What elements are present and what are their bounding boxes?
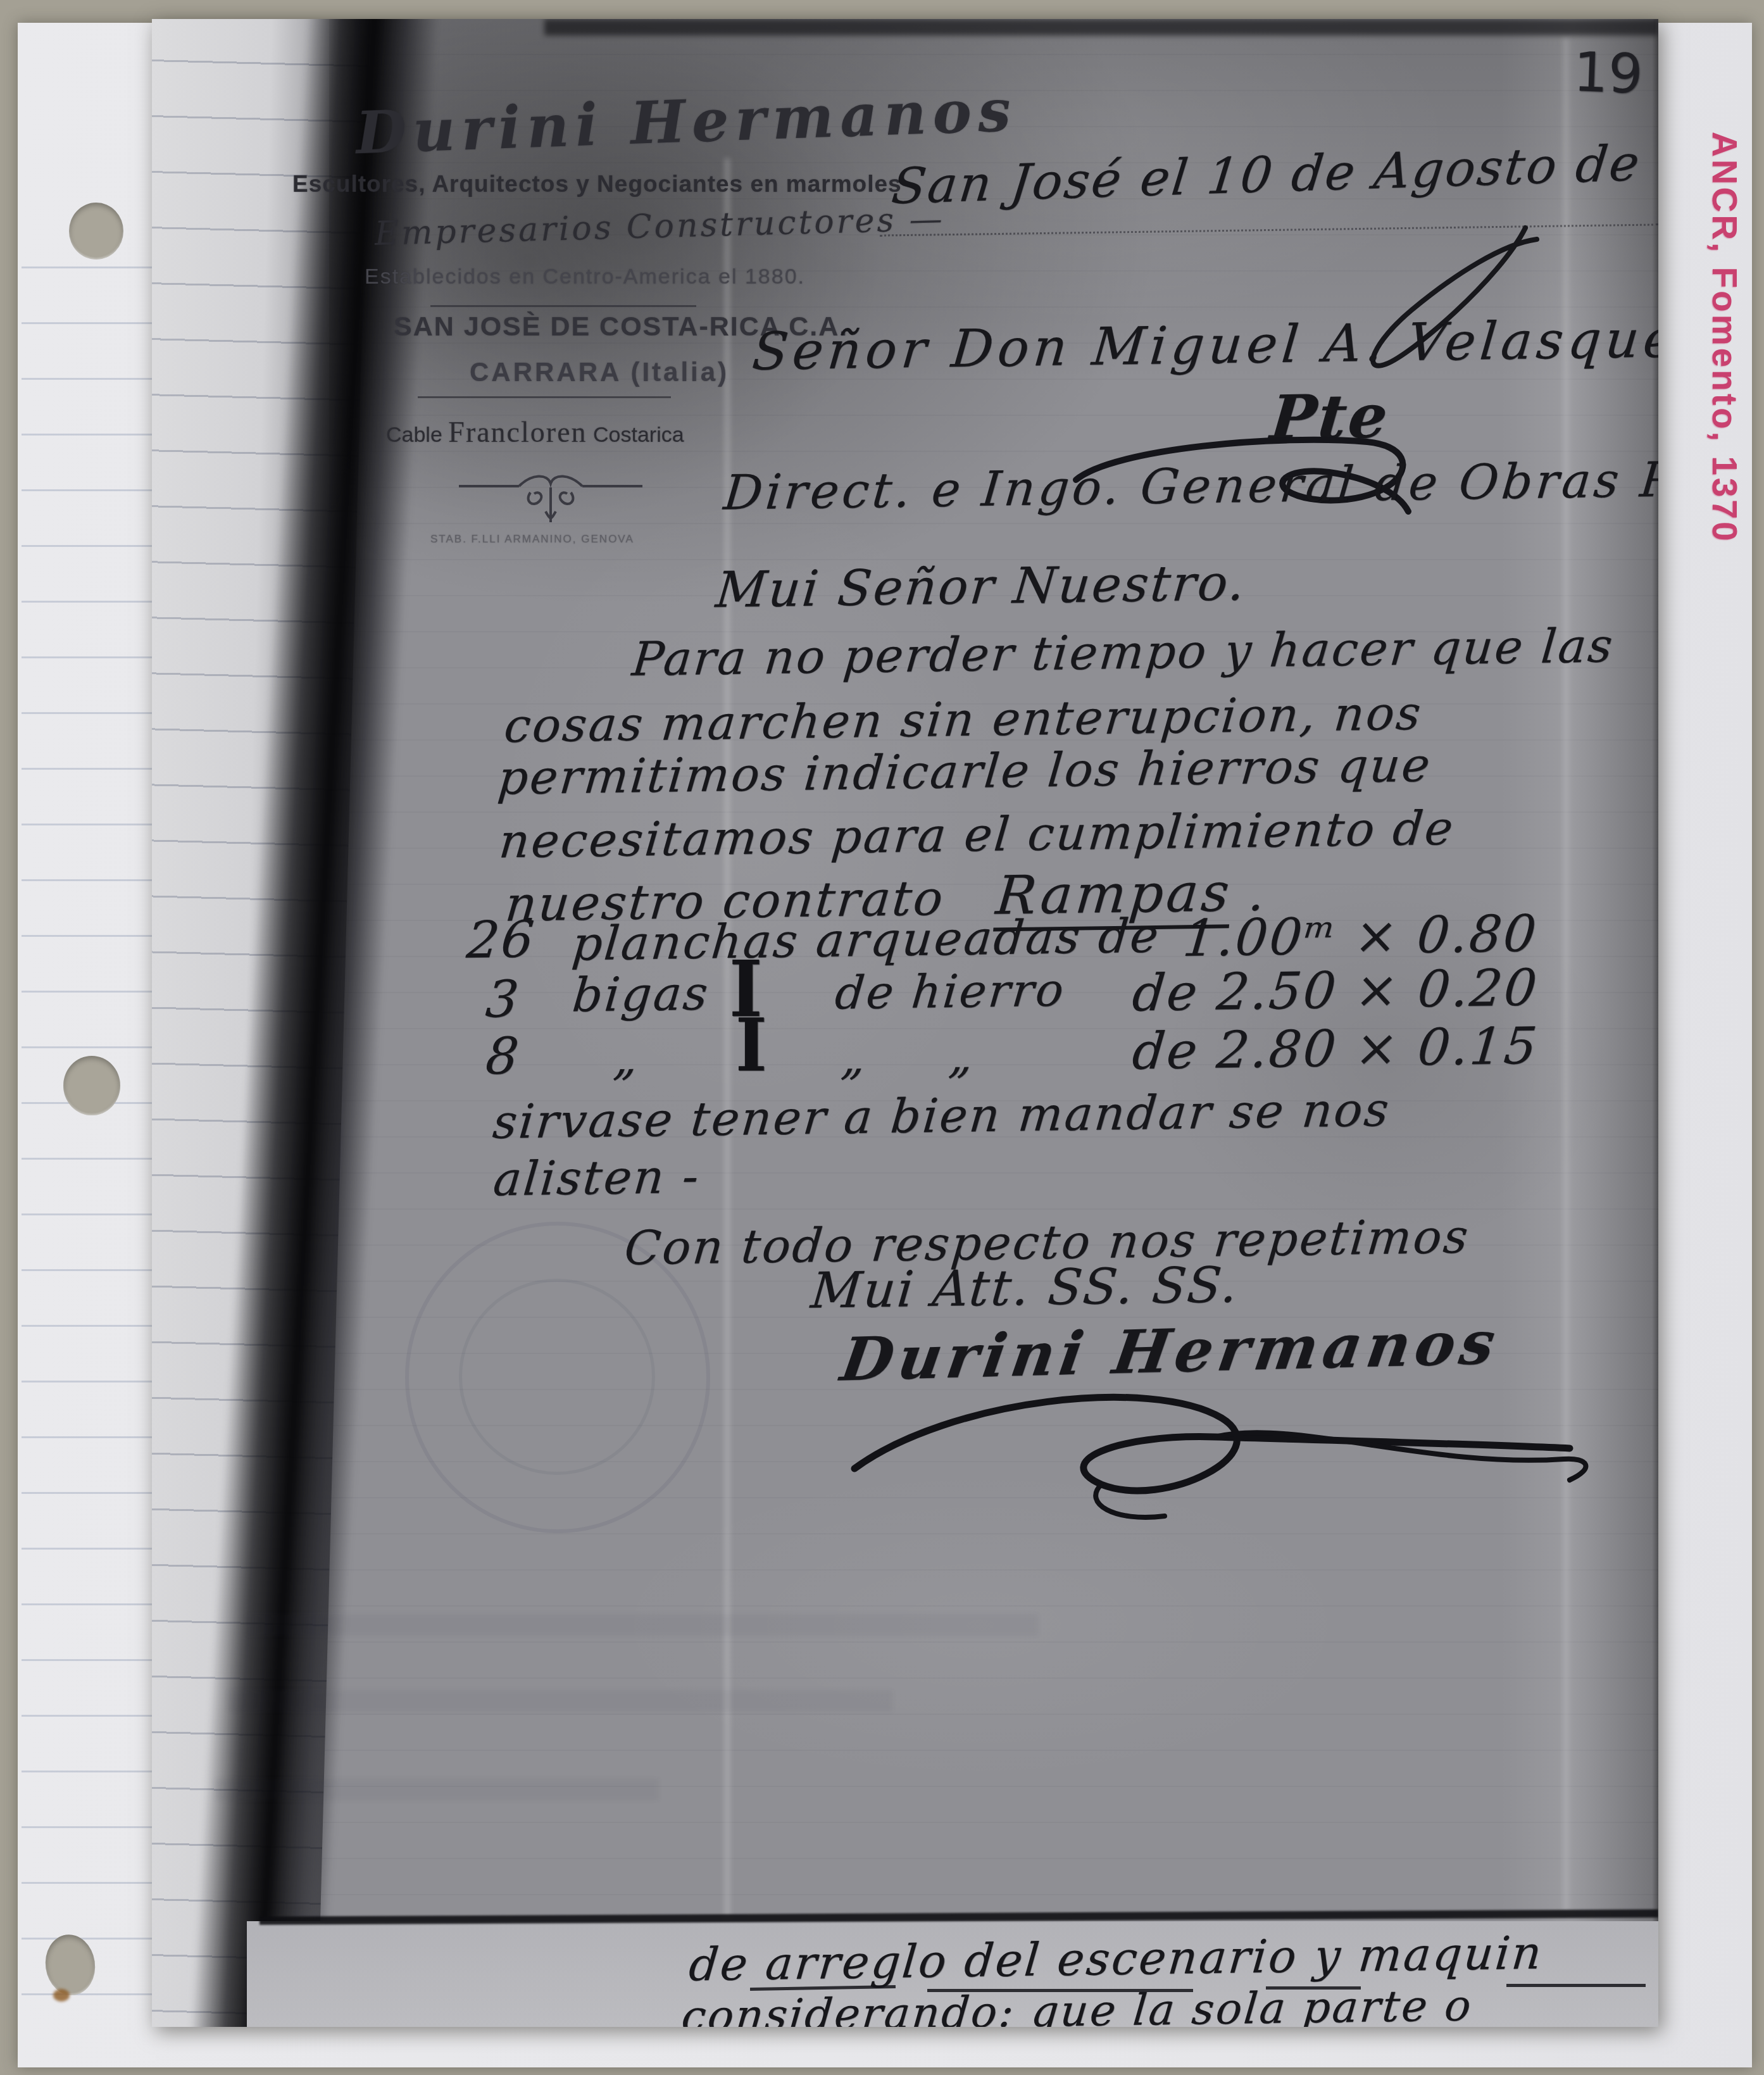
item3-ditto2: „ „	[839, 1030, 977, 1085]
printer-credit: STAB. F.LLI ARMANINO, GENOVA	[430, 533, 634, 546]
letterhead-divider2	[418, 396, 671, 398]
closing-line-2: Mui Att. SS. SS.	[808, 1257, 1241, 1319]
bleed-through	[228, 1690, 892, 1712]
item3-ditto: „	[611, 1032, 642, 1086]
recipient-line: Señor Don Miguel A. Velasquez	[750, 308, 1658, 382]
item2-material: de hierro	[833, 963, 1068, 1019]
signature-flourish	[810, 1374, 1608, 1532]
letterhead-divider	[430, 305, 696, 307]
cable-suffix: Costarica	[593, 423, 684, 447]
letterhead-ornament-icon	[456, 462, 646, 532]
cable-label: Cable	[386, 423, 442, 447]
item1-qty: 26	[465, 910, 538, 969]
request-line-1: sirvase tener a bien mandar se nos	[491, 1082, 1392, 1150]
page-top-edge	[544, 19, 1658, 35]
punch-hole-top	[69, 203, 123, 260]
underline-maquin2	[1506, 1984, 1646, 1987]
item3-size: de 2.80 × 0.15	[1130, 1017, 1541, 1081]
archival-scan: ANCR, Fomento, 1370 Durini Hermanos Escu…	[0, 0, 1764, 2075]
letterhead-cable: Cable Francloren Costarica	[386, 415, 684, 449]
letterhead-subtitle: Escultores, Arquitectos y Negociantes en…	[292, 171, 902, 197]
crease-streak	[725, 158, 730, 1918]
item2-qty: 3	[484, 970, 523, 1029]
page-number: 19	[1572, 41, 1644, 106]
cable-name: Francloren	[448, 416, 587, 448]
bleed-through	[247, 1614, 1038, 1636]
letterhead-location2: CARRARA (Italia)	[470, 357, 729, 387]
photocopied-letter: Durini Hermanos Escultores, Arquitectos …	[152, 19, 1658, 2027]
faint-stamp-inner	[459, 1279, 655, 1475]
item1-desc: planchas arqueadas de	[570, 909, 1162, 972]
archive-reference-note: ANCR, Fomento, 1370	[1705, 132, 1745, 544]
letterhead-established: Establecidos en Centro-America el 1880.	[365, 265, 805, 289]
body-line-1: Para no perder tiempo y hacer que las	[630, 618, 1617, 687]
item2-size: de 2.50 × 0.20	[1130, 958, 1541, 1023]
item3-qty: 8	[484, 1027, 523, 1086]
item3-ibeam-icon: I	[735, 1002, 767, 1088]
salutation: Mui Señor Nuestro.	[713, 555, 1249, 619]
request-line-2: alisten -	[491, 1150, 703, 1207]
body-line-4: necesitamos para el cumplimiento de	[497, 801, 1457, 868]
punch-hole-middle	[63, 1056, 120, 1115]
item2-desc: bigas	[570, 966, 712, 1022]
bleed-through	[215, 1779, 658, 1800]
rust-spot	[53, 1989, 70, 2002]
